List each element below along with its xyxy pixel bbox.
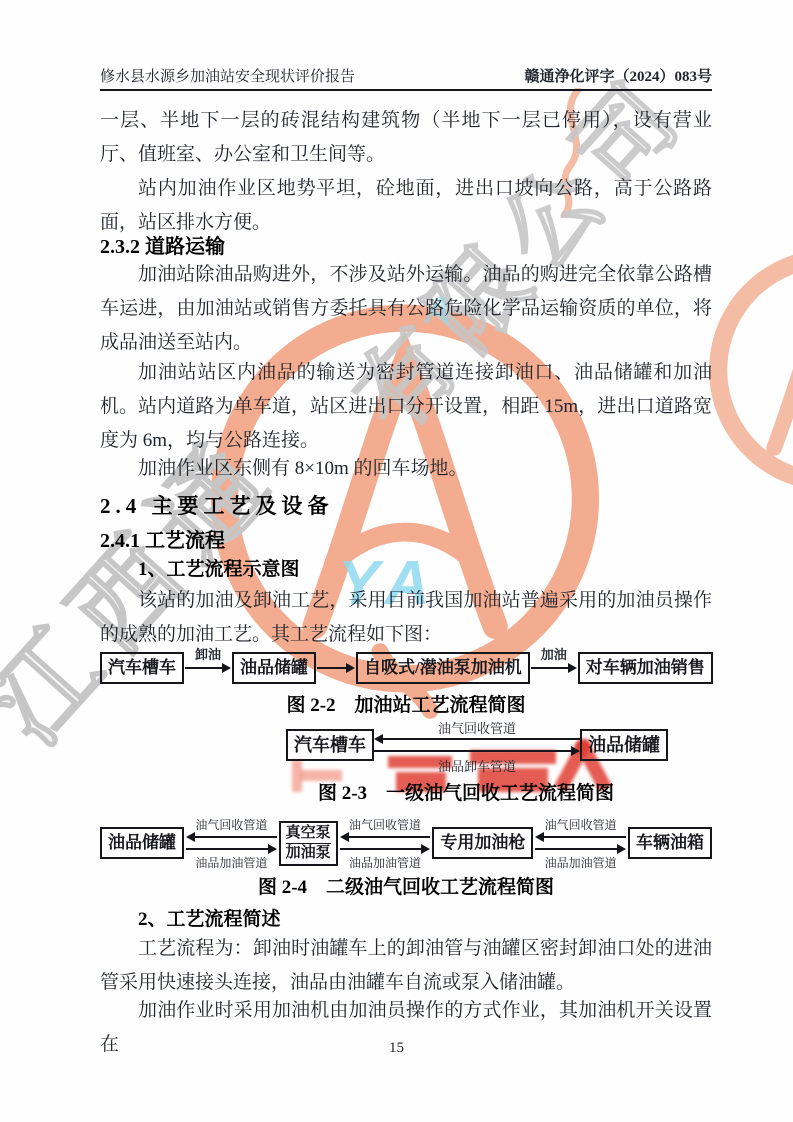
pipe-label: 油气回收管道: [340, 816, 431, 833]
paragraph: 加油作业区东侧有 8×10m 的回车场地。: [100, 452, 712, 486]
arrowhead-icon: [346, 663, 355, 673]
pipe-connector: 油气回收管道 油品加油管道: [535, 814, 626, 872]
pump-label: 真空泵: [286, 824, 331, 843]
section-heading-2-4: 2.4 主要工艺及设备: [100, 490, 712, 520]
subsection-heading-1: 1、工艺流程示意图: [100, 554, 712, 581]
flow-box: 专用加油枪: [432, 827, 533, 859]
pipe-label: 油气回收管道: [186, 816, 277, 833]
flow-box: 油品储罐: [100, 827, 184, 859]
pipe-connector: 油气回收管道 油品卸车管道: [374, 716, 580, 774]
arrowhead-icon: [186, 832, 195, 842]
arrowhead-icon: [617, 844, 626, 854]
pipe-label: 油品卸车管道: [374, 756, 580, 775]
arrowhead-icon: [421, 844, 430, 854]
flow-box: 对车辆加油销售: [578, 652, 713, 684]
flow-box: 油品储罐: [580, 729, 668, 761]
pipe-label: 油气回收管道: [374, 718, 580, 737]
pipe-label: 油品加油管道: [186, 854, 277, 871]
figure-caption: 图 2-2 加油站工艺流程简图: [100, 690, 712, 717]
paragraph: 一层、半地下一层的砖混结构建筑物（半地下一层已停用），设有营业厅、值班室、办公室…: [100, 104, 712, 172]
figure-2-2-flow: 汽车槽车 卸油 油品储罐 自吸式/潜油泵加油机 加油 对车辆加油销售: [100, 652, 712, 684]
paragraph: 站内道路为单车道，站区进出口分开设置，相距 15m，进出口道路宽度为 6m，均与…: [100, 390, 712, 458]
figure-2-3-flow: 汽车槽车 油气回收管道 油品卸车管道 油品储罐: [100, 716, 712, 774]
report-title: 修水县水源乡加油站安全现状评价报告: [100, 65, 355, 86]
page-header: 修水县水源乡加油站安全现状评价报告 赣通浄化评字（2024）083号: [100, 54, 712, 91]
arrowhead-icon: [571, 746, 580, 756]
pipe-label: 油气回收管道: [535, 816, 626, 833]
figure-caption: 图 2-4 二级油气回收工艺流程简图: [100, 872, 712, 899]
flow-box: 汽车槽车: [286, 729, 374, 761]
section-heading-2-4-1: 2.4.1 工艺流程: [100, 524, 712, 553]
pipe-label: 油品加油管道: [340, 854, 431, 871]
figure-caption: 图 2-3 一级油气回收工艺流程简图: [100, 778, 772, 805]
pipe-label: 油品加油管道: [535, 854, 626, 871]
flow-box: 油品储罐: [232, 652, 316, 684]
watermark-logo-icon: [700, 240, 793, 500]
arrow-label: 卸油: [195, 644, 221, 663]
page-number: 15: [0, 1040, 793, 1057]
section-heading-2-3-2: 2.3.2 道路运输: [100, 230, 712, 259]
paragraph: 该站的加油及卸油工艺，采用目前我国加油站普遍采用的加油员操作的成熟的加油工艺。其…: [100, 584, 712, 652]
arrowhead-icon: [535, 832, 544, 842]
paragraph: 加油站除油品购进外，不涉及站外运输。油品的购进完全依靠公路槽车运进，由加油站或销…: [100, 258, 712, 360]
flow-arrow: 卸油: [185, 653, 231, 683]
flow-arrow: 加油: [531, 653, 577, 683]
pump-label: 加油泵: [286, 843, 331, 863]
arrow-label: 加油: [541, 644, 567, 663]
arrowhead-icon: [268, 844, 277, 854]
flow-box: 自吸式/潜油泵加油机: [356, 652, 530, 684]
arrowhead-icon: [374, 734, 383, 744]
flow-arrow: [317, 653, 355, 683]
subsection-heading-2: 2、工艺流程简述: [100, 904, 712, 931]
pipe-connector: 油气回收管道 油品加油管道: [186, 814, 277, 872]
arrowhead-icon: [340, 832, 349, 842]
figure-2-4-flow: 油品储罐 油气回收管道 油品加油管道 真空泵 加油泵 油气回收管道 油品加油管道…: [100, 814, 712, 872]
arrowhead-icon: [222, 663, 231, 673]
doc-number: 赣通浄化评字（2024）083号: [524, 65, 712, 86]
document-page: 江西通 有限公司 YA A 修水县水源乡加油站安全现状评价报告 赣通浄化评字（2…: [0, 0, 793, 1122]
flow-box: 真空泵 加油泵: [279, 821, 338, 866]
pipe-connector: 油气回收管道 油品加油管道: [340, 814, 431, 872]
arrowhead-icon: [568, 663, 577, 673]
flow-box: 车辆油箱: [628, 827, 712, 859]
paragraph: 工艺流程为：卸油时油罐车上的卸油管与油罐区密封卸油口处的进油管采用快速接头连接，…: [100, 932, 712, 1000]
flow-box: 汽车槽车: [100, 652, 184, 684]
